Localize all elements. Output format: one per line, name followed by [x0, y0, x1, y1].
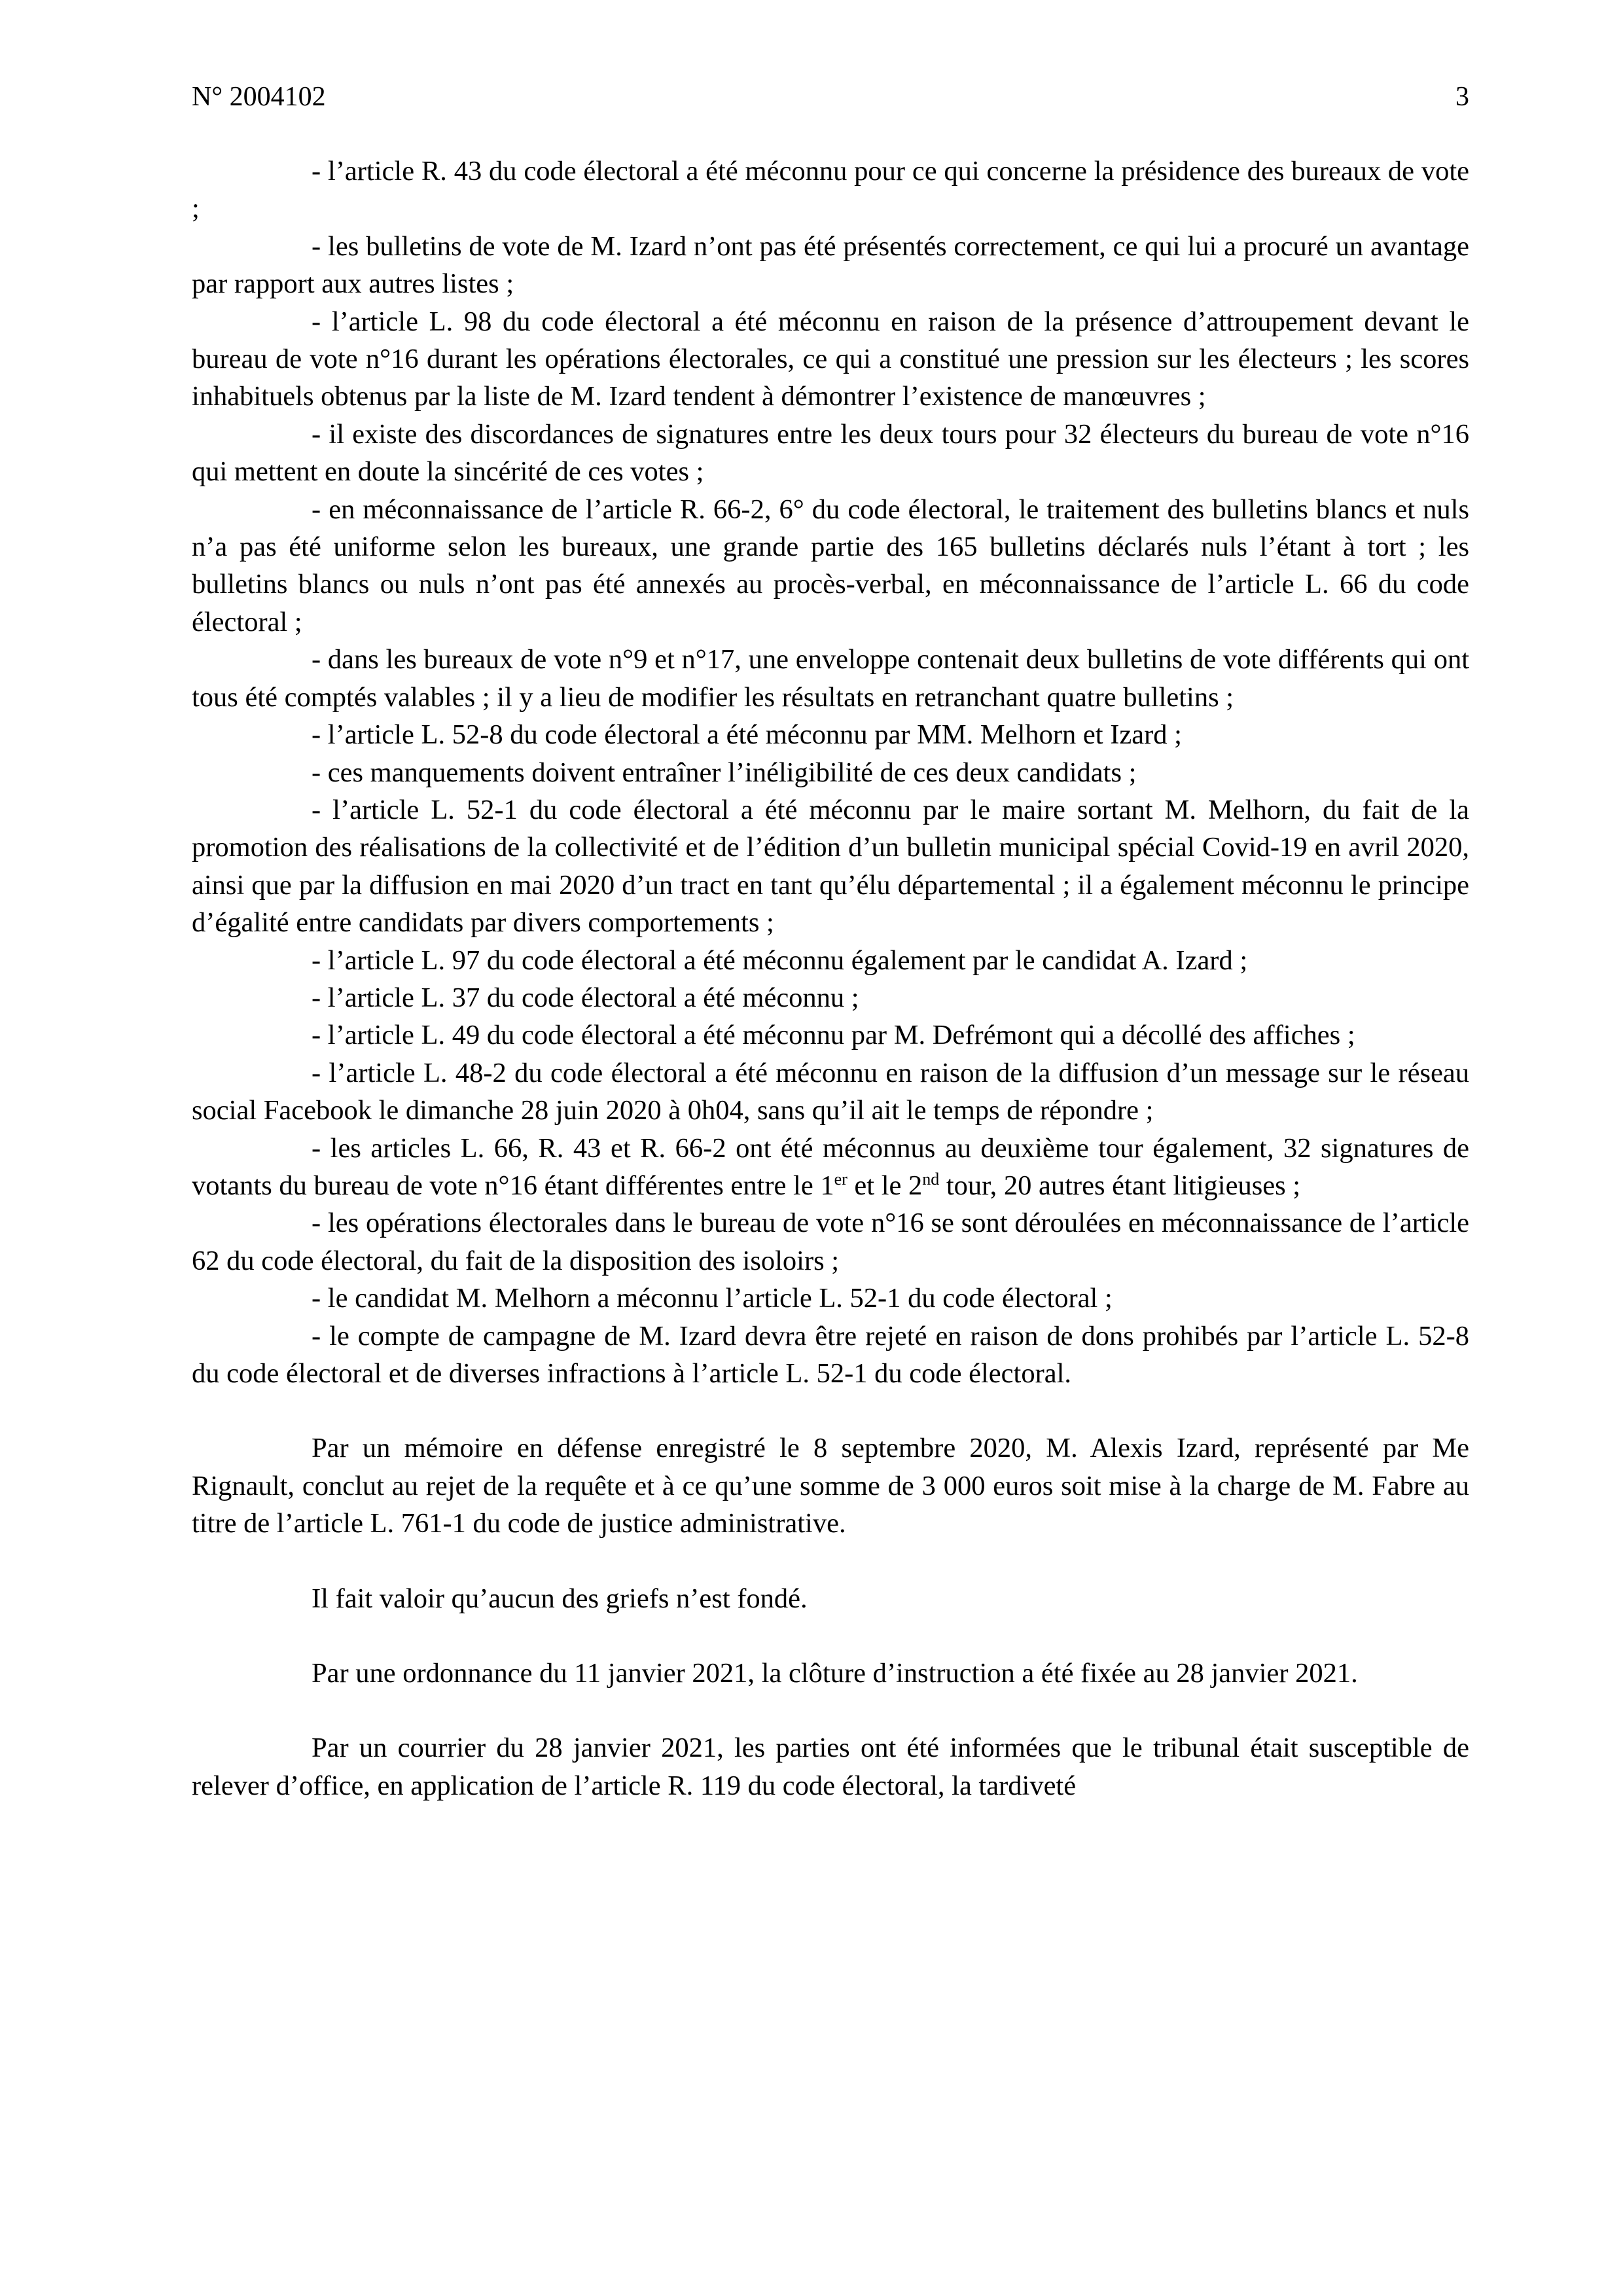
grievance-paragraph-second-round: - les articles L. 66, R. 43 et R. 66-2 o… — [192, 1130, 1469, 1205]
grievance-paragraph: - le compte de campagne de M. Izard devr… — [192, 1318, 1469, 1393]
grievance-paragraph: - il existe des discordances de signatur… — [192, 416, 1469, 491]
grievance-paragraph: - l’article L. 52-1 du code électoral a … — [192, 791, 1469, 942]
closure-order-paragraph: Par une ordonnance du 11 janvier 2021, l… — [192, 1655, 1469, 1692]
grievance-paragraph: - dans les bureaux de vote n°9 et n°17, … — [192, 641, 1469, 716]
grievance-paragraph: - le candidat M. Melhorn a méconnu l’art… — [192, 1280, 1469, 1317]
page-header: N° 2004102 3 — [192, 77, 1469, 117]
grievance-paragraph: - l’article L. 48-2 du code électoral a … — [192, 1054, 1469, 1130]
grievance-paragraph: - l’article L. 52-8 du code électoral a … — [192, 716, 1469, 753]
argument-paragraph: Il fait valoir qu’aucun des griefs n’est… — [192, 1580, 1469, 1617]
grievance-paragraph: - l’article R. 43 du code électoral a ét… — [192, 152, 1469, 228]
grievance-paragraph: - ces manquements doivent entraîner l’in… — [192, 754, 1469, 791]
document-body: - l’article R. 43 du code électoral a ét… — [192, 152, 1469, 1804]
grievance-paragraph: - l’article L. 97 du code électoral a ét… — [192, 942, 1469, 979]
page-number: 3 — [1455, 77, 1469, 117]
grievance-paragraph: - les opérations électorales dans le bur… — [192, 1204, 1469, 1280]
grievance-paragraph: - en méconnaissance de l’article R. 66-2… — [192, 491, 1469, 641]
case-number: N° 2004102 — [192, 77, 326, 117]
grievance-paragraph: - l’article L. 37 du code électoral a ét… — [192, 979, 1469, 1016]
defense-memo-paragraph: Par un mémoire en défense enregistré le … — [192, 1429, 1469, 1542]
grievance-paragraph: - les bulletins de vote de M. Izard n’on… — [192, 228, 1469, 303]
grievance-paragraph: - l’article L. 98 du code électoral a ét… — [192, 303, 1469, 416]
grievance-paragraph: - l’article L. 49 du code électoral a ét… — [192, 1016, 1469, 1054]
letter-paragraph: Par un courrier du 28 janvier 2021, les … — [192, 1729, 1469, 1804]
